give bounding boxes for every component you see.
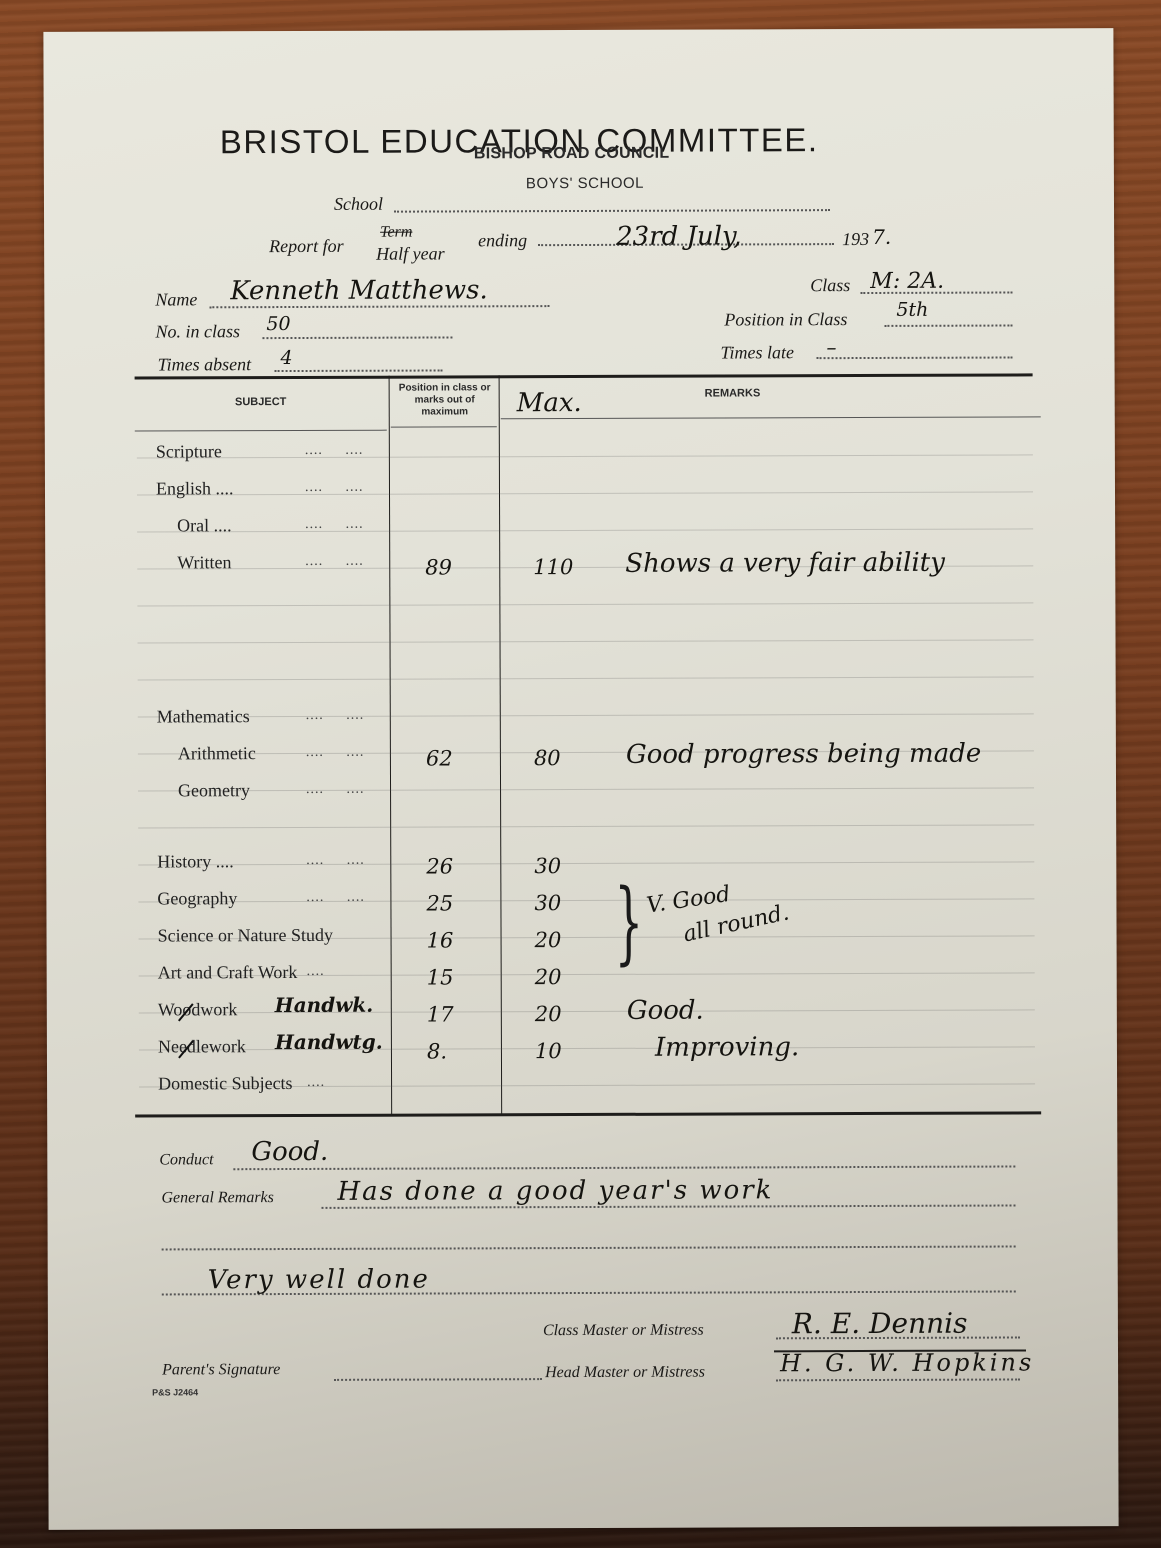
general-remarks-field-2[interactable] — [162, 1245, 1016, 1250]
max-value: 30 — [534, 854, 561, 878]
ending-label: ending — [478, 230, 527, 251]
year-prefix: 193 — [842, 229, 869, 250]
remark-text: Shows a very fair ability — [625, 548, 945, 579]
print-code: P&S J2464 — [152, 1387, 198, 1397]
max-value: 80 — [534, 746, 561, 770]
table-top-rule — [135, 373, 1033, 379]
mark-value: 17 — [427, 1002, 454, 1026]
remark-text: Good. — [627, 996, 704, 1026]
subject-name: Science or Nature Study — [158, 925, 334, 947]
remark-text: Good progress being made — [626, 739, 981, 770]
subject-column-divider — [389, 376, 393, 1116]
dot-leader: .... .... — [306, 782, 365, 798]
times-late-field[interactable] — [817, 356, 1013, 359]
position-in-class-value: 5th — [896, 299, 928, 321]
mark-value: 16 — [427, 928, 454, 952]
dot-leader: .... .... — [305, 554, 364, 570]
ruled-line — [138, 861, 1034, 865]
max-value: 110 — [533, 555, 573, 579]
ruled-line — [137, 602, 1033, 606]
general-remarks-line1: Has done a good year's work — [337, 1175, 773, 1207]
times-late-value: – — [826, 335, 836, 359]
times-absent-value: 4 — [280, 347, 292, 369]
subject-name: Arithmetic — [178, 743, 256, 764]
school-stamp-line2: BOYS' SCHOOL — [526, 175, 644, 192]
subject-name: Written — [177, 552, 231, 573]
ruled-line — [138, 787, 1034, 791]
mark-value: 62 — [426, 746, 453, 770]
dot-leader: .... .... — [306, 745, 365, 761]
subject-name: Geometry — [178, 780, 250, 801]
no-in-class-value: 50 — [266, 313, 290, 335]
year-suffix: 7. — [872, 225, 891, 249]
mark-value: 89 — [425, 555, 452, 579]
dot-leader: .... .... — [305, 480, 364, 496]
ruled-line — [138, 824, 1034, 828]
position-header: Position in class or marks out of maximu… — [393, 382, 497, 418]
subject-header: SUBJECT — [135, 396, 387, 409]
subject-name: Geography — [157, 888, 237, 909]
school-stamp-line1: BISHOP ROAD COUNCIL — [474, 145, 670, 164]
ruled-line — [137, 491, 1033, 495]
report-card: BRISTOL EDUCATION COMMITTEE. BISHOP ROAD… — [43, 28, 1118, 1530]
class-master-label: Class Master or Mistress — [543, 1322, 704, 1341]
max-value: 10 — [535, 1039, 562, 1063]
parent-signature-field[interactable] — [334, 1378, 542, 1381]
max-value: 20 — [535, 928, 562, 952]
subject-name: Art and Craft Work — [158, 962, 298, 983]
header-bottom-rule-left — [135, 430, 387, 432]
subject-name: Domestic Subjects — [158, 1073, 293, 1094]
ruled-line — [138, 898, 1034, 902]
parent-signature-label: Parent's Signature — [162, 1361, 280, 1379]
subject-name: Mathematics — [157, 706, 250, 727]
dot-leader: .... — [307, 964, 325, 980]
remark-text: Improving. — [655, 1032, 799, 1063]
general-remarks-line2: Very well done — [208, 1265, 430, 1296]
dot-leader: .... .... — [305, 443, 364, 459]
subject-name: Woodwork — [158, 999, 238, 1020]
max-header: Max. — [517, 388, 582, 418]
conduct-label: Conduct — [159, 1151, 213, 1169]
dot-leader: .... .... — [306, 708, 365, 724]
term-option-struck: Term — [380, 224, 412, 242]
mark-column-divider — [499, 375, 503, 1115]
school-label: School — [334, 194, 383, 215]
header-bottom-rule-mid — [391, 426, 497, 427]
bracket-remark-line1: V. Good — [645, 882, 732, 919]
mark-value: 15 — [427, 965, 454, 989]
no-in-class-field[interactable] — [262, 336, 452, 339]
ruled-line — [137, 454, 1033, 458]
ruled-line — [138, 639, 1034, 643]
half-year-option: Half year — [376, 243, 445, 264]
brace-icon: } — [614, 870, 643, 975]
general-remarks-label: General Remarks — [161, 1189, 273, 1207]
ruled-line — [137, 528, 1033, 532]
dot-leader: .... .... — [306, 890, 365, 906]
times-absent-label: Times absent — [158, 354, 252, 375]
conduct-value: Good. — [251, 1137, 328, 1167]
no-in-class-label: No. in class — [155, 321, 240, 342]
mark-value: 8. — [427, 1039, 447, 1063]
subject-name: Scripture — [156, 441, 222, 462]
school-field[interactable] — [394, 209, 830, 213]
conduct-field[interactable] — [233, 1165, 1015, 1170]
subject-name: Oral .... — [177, 515, 232, 536]
ending-value: 23rd July, — [616, 221, 742, 251]
name-value: Kenneth Matthews. — [230, 275, 488, 306]
max-value: 30 — [534, 891, 561, 915]
table-bottom-rule — [135, 1111, 1041, 1117]
remarks-header: REMARKS — [705, 387, 761, 399]
max-value: 20 — [535, 1002, 562, 1026]
ruled-line — [139, 1046, 1035, 1050]
report-for-label: Report for — [269, 236, 344, 257]
subject-name: History .... — [157, 851, 234, 872]
position-in-class-field[interactable] — [884, 324, 1012, 326]
class-label: Class — [810, 275, 850, 296]
head-master-label: Head Master or Mistress — [545, 1364, 705, 1383]
subject-amendment: Handwtg. — [275, 1030, 383, 1054]
max-value: 20 — [535, 965, 562, 989]
mark-value: 26 — [426, 854, 453, 878]
times-absent-field[interactable] — [275, 369, 443, 372]
class-value: M: 2A. — [870, 269, 944, 294]
head-master-field[interactable] — [776, 1378, 1020, 1381]
times-late-label: Times late — [720, 342, 794, 363]
head-master-signature: H. G. W. Hopkins — [780, 1348, 1034, 1377]
ruled-line — [139, 1009, 1035, 1013]
dot-leader: .... .... — [305, 517, 364, 533]
dot-leader: .... .... — [306, 853, 365, 869]
name-label: Name — [155, 289, 197, 310]
class-master-signature: R. E. Dennis — [792, 1307, 968, 1341]
mark-value: 25 — [426, 891, 453, 915]
ruled-line — [138, 713, 1034, 717]
position-in-class-label: Position in Class — [724, 309, 847, 330]
ruled-line — [138, 676, 1034, 680]
subject-name: Needlework — [158, 1036, 246, 1057]
subject-amendment: Handwk. — [275, 993, 374, 1017]
dot-leader: .... — [307, 1075, 325, 1091]
subject-name: English .... — [156, 478, 234, 499]
